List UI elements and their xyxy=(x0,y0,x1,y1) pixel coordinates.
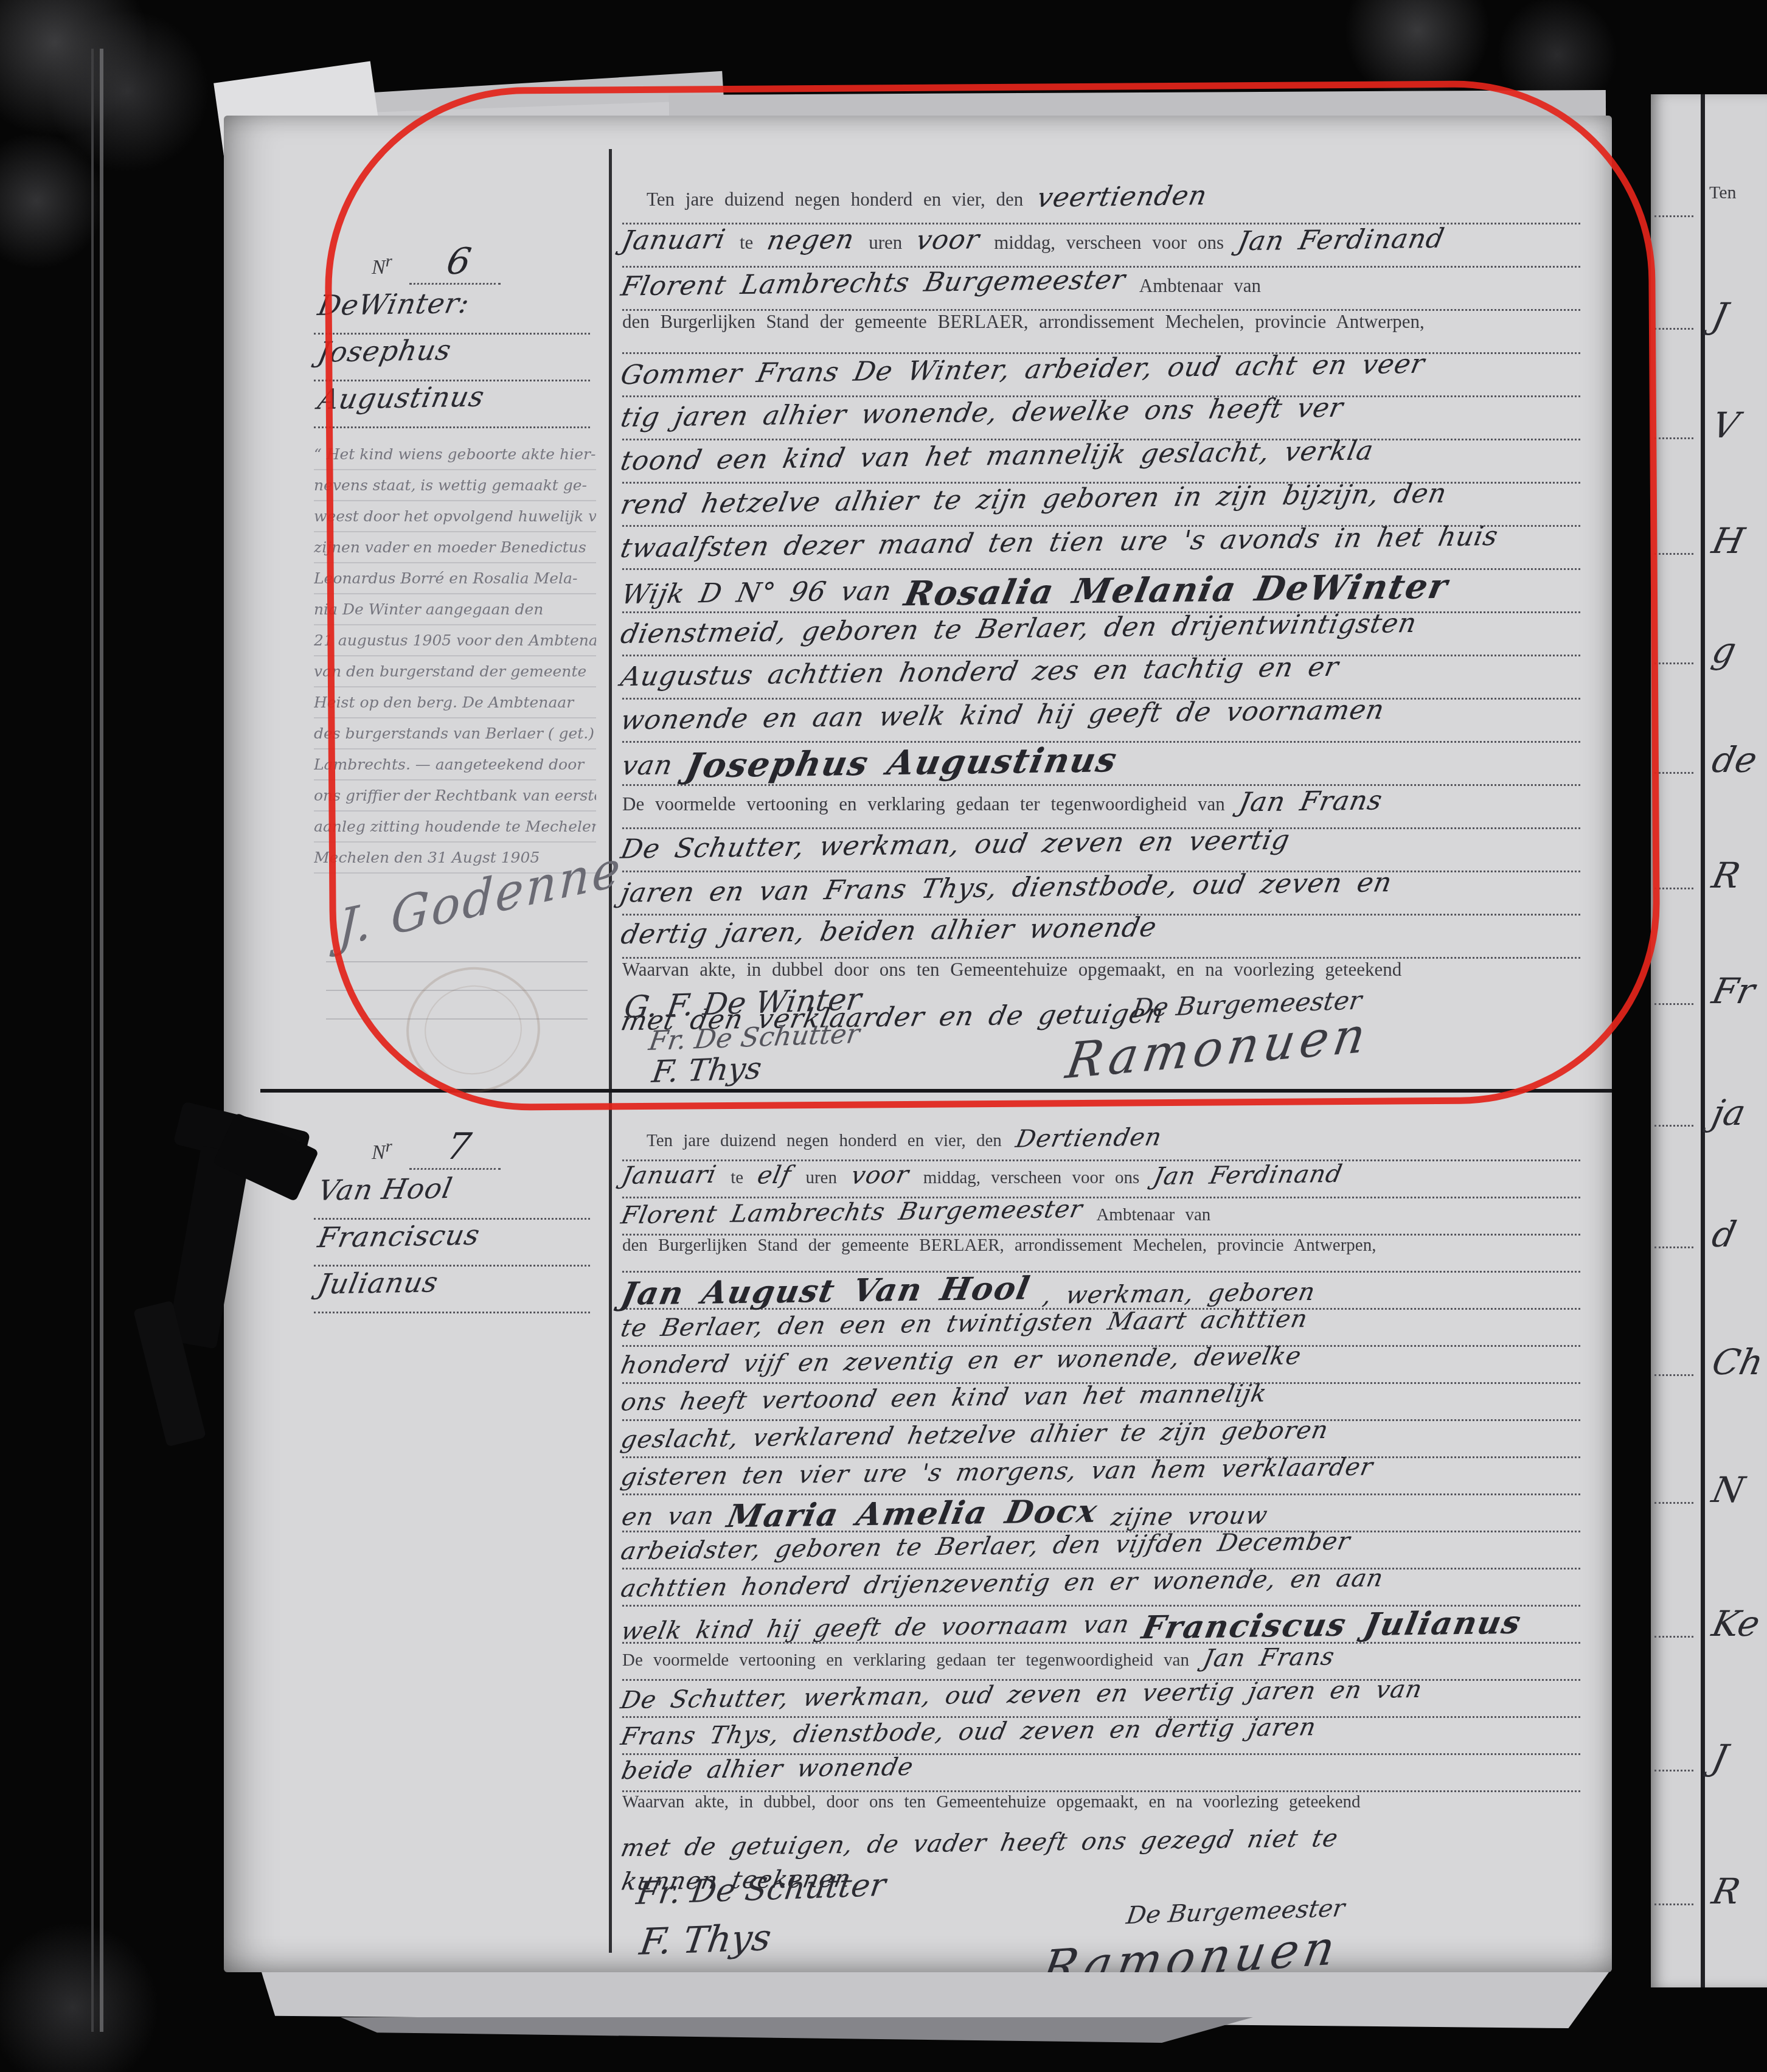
margin-name-text: Van Hool xyxy=(310,1172,455,1207)
page-edge-text-fragment: Ch xyxy=(1709,1341,1767,1383)
ruled-line-stub xyxy=(1654,1003,1693,1005)
scanner-edge-line xyxy=(100,49,103,2032)
record-number-label-sup: r xyxy=(386,1137,392,1156)
handwritten-text: en van xyxy=(619,1502,717,1531)
record-text-line: De Schutter, werkman, oud zeven en veert… xyxy=(622,1681,1580,1718)
handwritten-text: met de getuigen, de vader heeft ons geze… xyxy=(619,1824,1341,1862)
page-edge-text-fragment: J xyxy=(1709,1737,1732,1778)
under-page-edge xyxy=(341,2017,1253,2043)
handwritten-text: achttien honderd drijenzeventig en er wo… xyxy=(619,1564,1386,1602)
page-edge-text-fragment: R xyxy=(1709,1871,1744,1912)
record-text-line: gisteren ten vier ure 's morgens, van he… xyxy=(622,1458,1580,1495)
margin-name-text: Franciscus xyxy=(310,1219,483,1254)
burgomaster-signature-flourish: Ramonuen xyxy=(1038,1920,1344,1972)
record-text-line: Florent Lambrechts BurgemeesterAmbtenaar… xyxy=(622,1198,1580,1236)
printed-form-text: Waarvan akte, in dubbel, door ons ten Ge… xyxy=(622,1792,1361,1812)
scanner-edge-line xyxy=(91,49,94,2032)
page-edge-text-fragment: Ten xyxy=(1709,183,1737,203)
record-number: Nr7 xyxy=(314,1125,607,1173)
margin-name-line: Van Hool xyxy=(314,1173,590,1220)
record-text-line: achttien honderd drijenzeventig en er wo… xyxy=(622,1570,1580,1607)
ruled-line-stub xyxy=(1654,1502,1693,1504)
handwritten-text: welk kind hij geeft de voornaam van xyxy=(619,1610,1132,1646)
record-number-label: Nr xyxy=(372,1137,392,1164)
record-text-line: welk kind hij geeft de voornaam vanFranc… xyxy=(622,1607,1580,1644)
handwritten-text: voor xyxy=(849,1161,911,1189)
record-text-line: beide alhier wonende xyxy=(622,1755,1580,1792)
page-edge-text-fragment: d xyxy=(1709,1214,1740,1255)
ruled-line-stub xyxy=(1654,215,1693,217)
handwritten-text: Jan Frans xyxy=(1201,1643,1337,1673)
page-edge-text-fragment: V xyxy=(1709,405,1743,446)
margin-name-line: Franciscus xyxy=(314,1220,590,1267)
handwritten-text: Maria Amelia Docx xyxy=(724,1493,1101,1535)
page-edge-text-fragment: J xyxy=(1709,295,1732,336)
record-text-line: en vanMaria Amelia Docxzijne vrouw xyxy=(622,1495,1580,1532)
printed-form-text: Ten jare duizend negen honderd en vier, … xyxy=(647,1131,1002,1151)
record-7-margin: Nr7Van HoolFranciscusJulianus xyxy=(314,1125,607,1369)
handwritten-text: zijne vrouw xyxy=(1109,1501,1270,1532)
handwritten-text: Frans Thys, dienstbode, oud zeven en der… xyxy=(619,1713,1319,1751)
handwritten-text: Dertienden xyxy=(1013,1123,1164,1153)
handwritten-text: geslacht, verklarend hetzelve alhier te … xyxy=(619,1416,1331,1454)
record-text-line: Ten jare duizend negen honderd en vier, … xyxy=(622,1124,1580,1161)
page-edge-text-fragment: ja xyxy=(1709,1092,1749,1133)
handwritten-text: honderd vijf en zeventig en er wonende, … xyxy=(619,1342,1304,1380)
record-text-line: te Berlaer, den een en twintigsten Maart… xyxy=(622,1310,1580,1347)
witness-signature: F. Thys xyxy=(637,1916,774,1963)
ruled-line-stub xyxy=(1654,662,1693,664)
handwritten-text: ons heeft vertoond een kind van het mann… xyxy=(619,1380,1269,1417)
handwritten-text: Franciscus Julianus xyxy=(1139,1604,1525,1647)
page-edge-text-fragment: g xyxy=(1709,630,1740,671)
page-edge-text-fragment: H xyxy=(1709,520,1748,561)
ruled-line-stub xyxy=(1654,437,1693,439)
record-text-line: den Burgerlijken Stand der gemeente BERL… xyxy=(622,1236,1580,1273)
page-edge-text-fragment: de xyxy=(1709,739,1761,780)
handwritten-text: gisteren ten vier ure 's morgens, van he… xyxy=(619,1453,1376,1491)
printed-form-text: De voormelde vertooning en verklaring ge… xyxy=(622,1650,1189,1670)
page-edge-text-fragment: R xyxy=(1709,855,1744,896)
witness-signature: Fr. De Schutter xyxy=(634,1867,888,1912)
scanned-register-photo: Nr6 DeWinter:JosephusAugustinus“ Het kin… xyxy=(0,0,1767,2072)
record-7-text: Ten jare duizend negen honderd en vier, … xyxy=(622,1124,1580,1903)
printed-form-text: den Burgerlijken Stand der gemeente BERL… xyxy=(622,1236,1376,1256)
record-text-line: met de getuigen, de vader heeft ons geze… xyxy=(622,1829,1580,1866)
ruled-line-stub xyxy=(1654,772,1693,774)
record-text-line: geslacht, verklarend hetzelve alhier te … xyxy=(622,1421,1580,1458)
record-number-value: 7 xyxy=(409,1125,508,1170)
handwritten-text: Januari xyxy=(619,1161,719,1190)
handwritten-text: beide alhier wonende xyxy=(619,1753,916,1785)
ruled-line-stub xyxy=(1654,1770,1693,1771)
record-text-line: Januariteelfurenvoormiddag, verscheen vo… xyxy=(622,1161,1580,1198)
ruled-line-stub xyxy=(1654,1903,1693,1905)
record-7-signatures: Fr. De SchutterF. ThysDe BurgemeesterRam… xyxy=(622,1868,1580,1972)
page-edge-text-fragment: Fr xyxy=(1709,970,1758,1012)
page-edge-text-fragment: Ke xyxy=(1709,1603,1764,1644)
printed-form-text: Ambtenaar van xyxy=(1096,1205,1210,1225)
margin-name-text: Julianus xyxy=(310,1265,441,1301)
right-page-margin-rule xyxy=(1701,94,1705,1987)
record-text-line: arbeidster, geboren te Berlaer, den vijf… xyxy=(622,1532,1580,1570)
handwritten-text: elf xyxy=(755,1161,794,1190)
record-text-line: ons heeft vertoond een kind van het mann… xyxy=(622,1384,1580,1421)
ruled-line-stub xyxy=(1654,1246,1693,1248)
ruled-line-stub xyxy=(1654,1636,1693,1638)
ruled-line-stub xyxy=(1654,1125,1693,1127)
record-text-line: Waarvan akte, in dubbel, door ons ten Ge… xyxy=(622,1792,1580,1829)
handwritten-text: Jan Ferdinand xyxy=(1151,1160,1345,1191)
page-edge-text-fragment: N xyxy=(1709,1469,1748,1511)
margin-name-line: Julianus xyxy=(314,1267,590,1313)
handwritten-text: Jan August Van Hool xyxy=(618,1270,1033,1312)
record-text-line: Frans Thys, dienstbode, oud zeven en der… xyxy=(622,1718,1580,1755)
ruled-line-stub xyxy=(1654,888,1693,889)
handwritten-text: Florent Lambrechts Burgemeester xyxy=(619,1195,1085,1230)
printed-form-text: middag, verscheen voor ons xyxy=(923,1168,1139,1188)
register-right-page-sliver: TenJVHgdeRFrjadChNKeJR xyxy=(1651,94,1767,1987)
ruled-line-stub xyxy=(1654,553,1693,555)
record-text-line: De voormelde vertooning en verklaring ge… xyxy=(622,1644,1580,1681)
ruled-line-stub xyxy=(1654,1374,1693,1376)
record-text-line: Jan August Van Hool, werkman, geboren xyxy=(622,1273,1580,1310)
record-text-line: honderd vijf en zeventig en er wonende, … xyxy=(622,1347,1580,1384)
ruled-line-stub xyxy=(1654,328,1693,330)
red-highlight-annotation xyxy=(324,79,1661,1111)
printed-form-text: uren xyxy=(805,1168,837,1188)
handwritten-text: De Schutter, werkman, oud zeven en veert… xyxy=(619,1675,1425,1714)
printed-form-text: te xyxy=(731,1168,743,1188)
